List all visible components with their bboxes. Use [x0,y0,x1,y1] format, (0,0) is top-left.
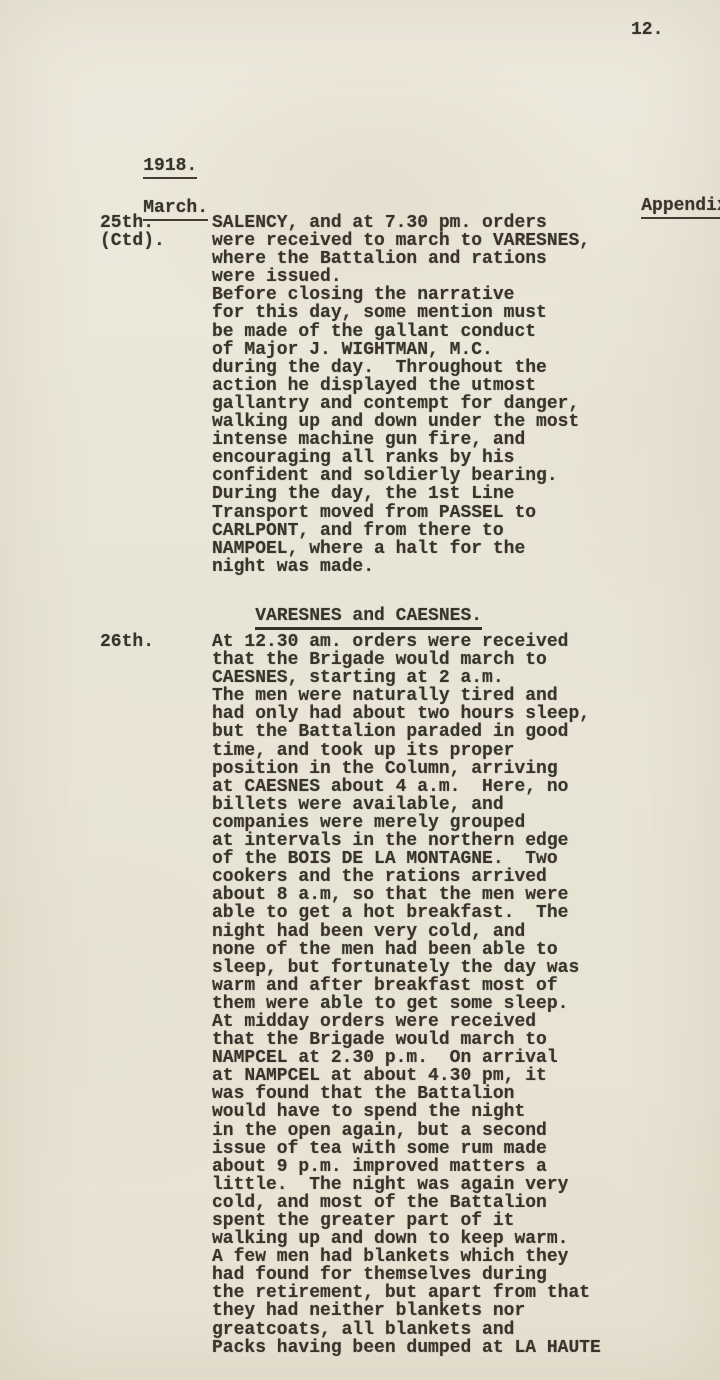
text-line: NAMPOEL, where a halt for the [212,540,590,558]
text-line: At 12.30 am. orders were received [212,633,601,651]
text-line: cookers and the rations arrived [212,868,601,886]
text-line: for this day, some mention must [212,304,590,322]
appendix-label: Appendix [641,196,720,219]
text-line: greatcoats, all blankets and [212,1321,601,1339]
text-line: intense machine gun fire, and [212,431,590,449]
text-line: cold, and most of the Battalion [212,1194,601,1212]
text-line: little. The night was again very [212,1176,601,1194]
text-line: At midday orders were received [212,1013,601,1031]
text-line: about 9 p.m. improved matters a [212,1158,601,1176]
text-line: issue of tea with some rum made [212,1140,601,1158]
text-line: of the BOIS DE LA MONTAGNE. Two [212,850,601,868]
text-line: would have to spend the night [212,1103,601,1121]
entry-26th-text: At 12.30 am. orders were receivedthat th… [212,633,601,1357]
text-line: had found for themselves during [212,1266,601,1284]
text-line: time, and took up its proper [212,742,601,760]
entry-25th-date: 25th. [100,214,165,232]
entry-25th-date-column: 25th. (Ctd). [100,214,165,250]
text-line: at CAESNES about 4 a.m. Here, no [212,778,601,796]
text-line: them were able to get some sleep. [212,995,601,1013]
text-line: CARLPONT, and from there to [212,522,590,540]
text-line: night was made. [212,558,590,576]
text-line: companies were merely grouped [212,814,601,832]
text-line: spent the greater part of it [212,1212,601,1230]
section-heading-label: VARESNES and CAESNES. [255,606,482,630]
text-line: during the day. Throughout the [212,359,590,377]
year-label: 1918. [143,156,197,179]
text-line: encouraging all ranks by his [212,449,590,467]
text-line: Before closing the narrative [212,286,590,304]
entry-25th-text: SALENCY, and at 7.30 pm. orderswere rece… [212,214,590,576]
text-line: that the Brigade would march to [212,1031,601,1049]
text-line: gallantry and contempt for danger, [212,395,590,413]
text-line: billets were available, and [212,796,601,814]
text-line: had only had about two hours sleep, [212,705,601,723]
text-line: walking up and down to keep warm. [212,1230,601,1248]
text-line: CAESNES, starting at 2 a.m. [212,669,601,687]
text-line: of Major J. WIGHTMAN, M.C. [212,341,590,359]
text-line: were received to march to VARESNES, [212,232,590,250]
appendix-heading: Appendix [598,179,720,233]
text-line: sleep, but fortunately the day was [212,959,601,977]
text-line: walking up and down under the most [212,413,590,431]
text-line: warm and after breakfast most of [212,977,601,995]
text-line: the retirement, but apart from that [212,1284,601,1302]
text-line: During the day, the 1st Line [212,485,590,503]
text-line: about 8 a.m, so that the men were [212,886,601,904]
text-line: be made of the gallant conduct [212,323,590,341]
text-line: they had neither blankets nor [212,1302,601,1320]
document-page: 12. 1918. March. Appendix 25th. (Ctd). S… [0,0,720,1380]
text-line: were issued. [212,268,590,286]
text-line: able to get a hot breakfast. The [212,904,601,922]
text-line: in the open again, but a second [212,1122,601,1140]
text-line: The men were naturally tired and [212,687,601,705]
text-line: A few men had blankets which they [212,1248,601,1266]
text-line: none of the men had been able to [212,941,601,959]
text-line: where the Battalion and rations [212,250,590,268]
text-line: NAMPCEL at 2.30 p.m. On arrival [212,1049,601,1067]
text-line: Packs having been dumped at LA HAUTE [212,1339,601,1357]
entry-26th-date: 26th. [100,633,154,651]
page-number: 12. [631,21,663,39]
text-line: SALENCY, and at 7.30 pm. orders [212,214,590,232]
text-line: at NAMPCEL at about 4.30 pm, it [212,1067,601,1085]
text-line: at intervals in the northern edge [212,832,601,850]
text-line: action he displayed the utmost [212,377,590,395]
text-line: that the Brigade would march to [212,651,601,669]
text-line: night had been very cold, and [212,923,601,941]
text-line: confident and soldierly bearing. [212,467,590,485]
text-line: position in the Column, arriving [212,760,601,778]
text-line: Transport moved from PASSEL to [212,504,590,522]
text-line: but the Battalion paraded in good [212,723,601,741]
text-line: was found that the Battalion [212,1085,601,1103]
entry-25th-date-continued: (Ctd). [100,232,165,250]
